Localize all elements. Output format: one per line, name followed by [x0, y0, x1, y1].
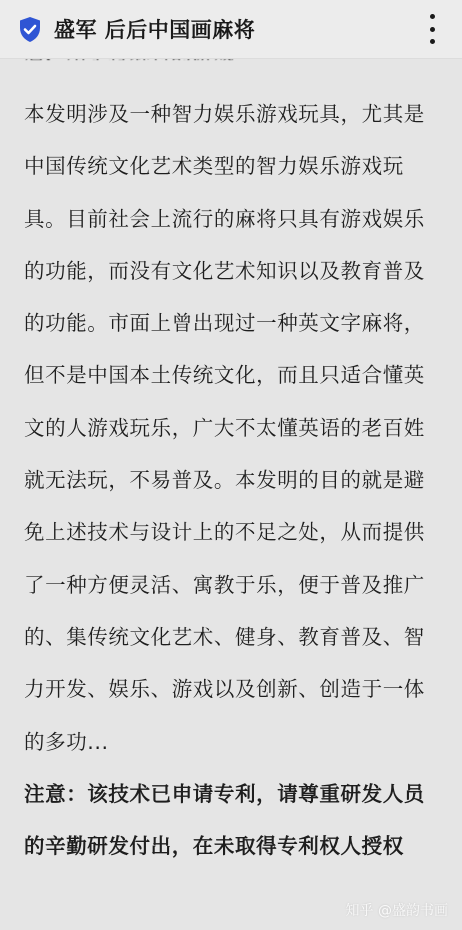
paragraph-line: 但不是中国本土传统文化，而且只适合懂英 [24, 349, 444, 401]
more-vertical-icon [430, 14, 435, 19]
top-bar: 盛军 后后中国画麻将 [0, 0, 462, 59]
more-dot [430, 27, 435, 32]
paragraph-line: 免上述技术与设计上的不足之处，从而提供 [24, 506, 444, 558]
page-title: 盛军 后后中国画麻将 [54, 14, 255, 44]
article-body: 本发明涉及一种智力娱乐游戏玩具，尤其是 中国传统文化艺术类型的智力娱乐游戏玩 具… [24, 88, 444, 872]
shield-check-icon [18, 15, 44, 43]
paragraph-line: 就无法玩，不易普及。本发明的目的就是避 [24, 454, 444, 506]
notice-line: 的辛勤研发付出，在未取得专利权人授权 [24, 820, 444, 872]
paragraph-line: 的功能，而没有文化艺术知识以及教育普及 [24, 245, 444, 297]
paragraph-line: 的功能。市面上曾出现过一种英文字麻将， [24, 297, 444, 349]
paragraph-line: 文的人游戏玩乐，广大不太懂英语的老百姓 [24, 402, 444, 454]
paragraph-line: 力开发、娱乐、游戏以及创新、创造于一体 [24, 663, 444, 715]
more-dot [430, 39, 435, 44]
notice-line: 注意：该技术已申请专利，请尊重研发人员 [24, 768, 444, 820]
paragraph-line: 中国传统文化艺术类型的智力娱乐游戏玩 [24, 140, 444, 192]
paragraph-line: 本发明涉及一种智力娱乐游戏玩具，尤其是 [24, 88, 444, 140]
paragraph-line: 的、集传统文化艺术、健身、教育普及、智 [24, 611, 444, 663]
paragraph-line: 了一种方便灵活、寓教于乐，便于普及推广 [24, 559, 444, 611]
paragraph-line: 具。目前社会上流行的麻将只具有游戏娱乐 [24, 193, 444, 245]
more-options-button[interactable] [422, 14, 442, 44]
watermark: 知乎 @盛韵书画 [346, 900, 448, 920]
paragraph-line: 的多功... [24, 716, 444, 768]
